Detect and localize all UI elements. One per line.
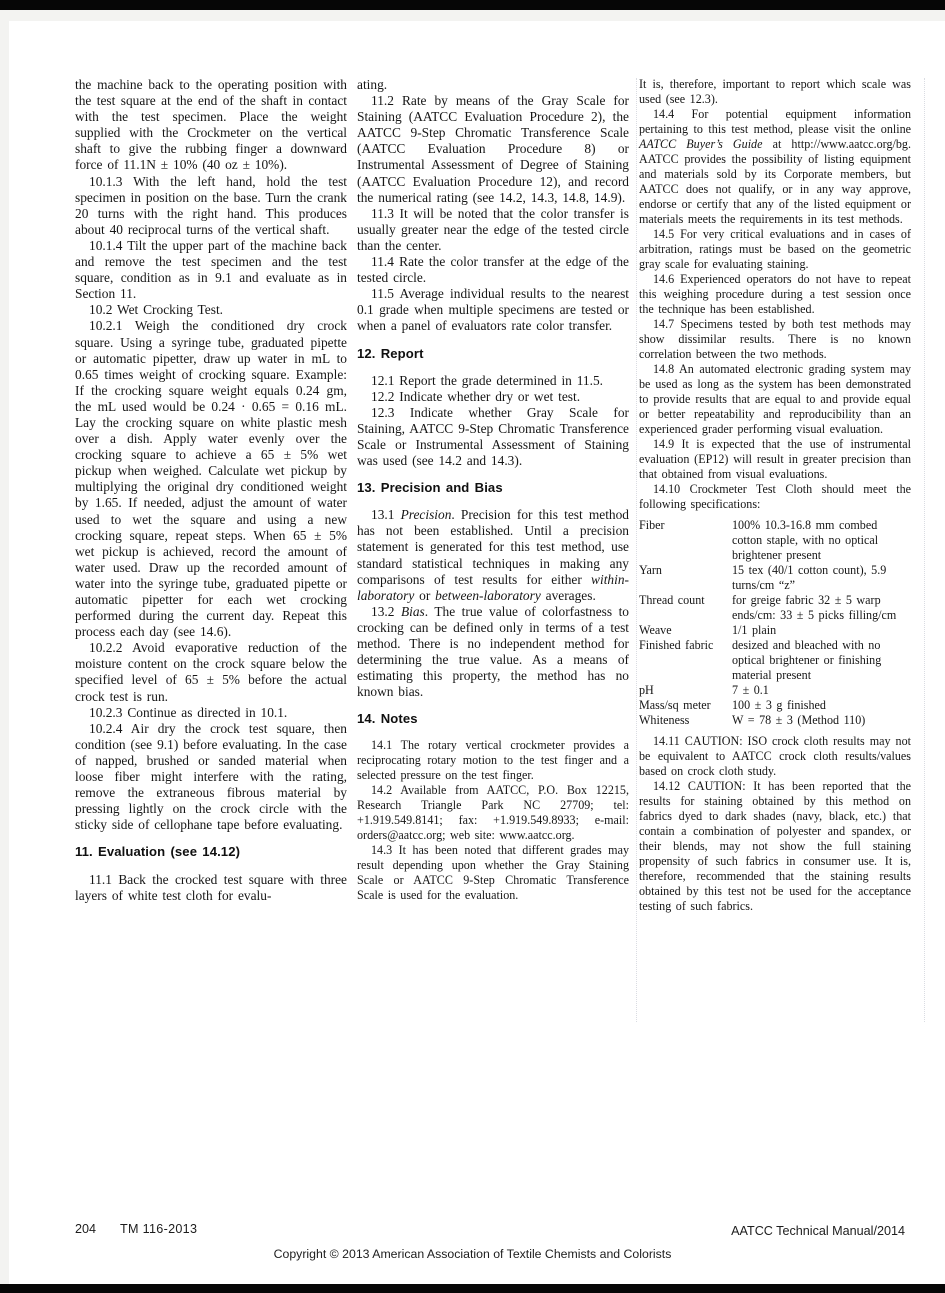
paragraph: the machine back to the operating positi… [75, 77, 347, 174]
text-run: 10.2.4 Air dry the crock test square, th… [75, 721, 347, 833]
text-run: 10.1.3 With the left hand, hold the test… [75, 174, 347, 237]
text-run: AATCC Buyer’s Guide [639, 137, 762, 151]
text-run: the machine back to the operating positi… [75, 77, 347, 172]
text-run: 14.7 Specimens tested by both test metho… [639, 317, 911, 361]
text-column-right: It is, therefore, important to report wh… [639, 77, 911, 914]
paragraph: 11.5 Average individual results to the n… [357, 286, 629, 334]
spec-label: Whiteness [639, 713, 732, 728]
document-page: the machine back to the operating positi… [9, 21, 945, 1284]
scan-edge-bar-bottom [0, 1284, 945, 1293]
spec-table: Fiber100% 10.3-16.8 mm combed cotton sta… [639, 518, 911, 728]
text-run: 14.2 Available from AATCC, P.O. Box 1221… [357, 783, 629, 842]
text-run: 14.12 CAUTION: It has been reported that… [639, 779, 911, 913]
text-run: 13.1 [371, 507, 401, 522]
footer-manual-title: AATCC Technical Manual/2014 [731, 1224, 905, 1238]
paragraph: 14.8 An automated electronic grading sys… [639, 362, 911, 437]
text-run: 14.11 CAUTION: ISO crock cloth results m… [639, 734, 911, 778]
paragraph: 14.5 For very critical evaluations and i… [639, 227, 911, 272]
text-run: Precision [401, 507, 452, 522]
text-run: 11.2 Rate by means of the Gray Scale for… [357, 93, 629, 205]
text-run: 14.4 For potential equipment information… [639, 107, 911, 136]
paragraph: It is, therefore, important to report wh… [639, 77, 911, 107]
paragraph: 11.1 Back the crocked test square with t… [75, 872, 347, 904]
paragraph: 10.2.2 Avoid evaporative reduction of th… [75, 640, 347, 704]
text-run: 14.6 Experienced operators do not have t… [639, 272, 911, 316]
paragraph: 10.2.4 Air dry the crock test square, th… [75, 721, 347, 834]
text-run: Bias [401, 604, 425, 619]
paragraph: 14.9 It is expected that the use of inst… [639, 437, 911, 482]
paragraph: 10.1.4 Tilt the upper part of the machin… [75, 238, 347, 302]
footer-copyright: Copyright © 2013 American Association of… [0, 1247, 945, 1261]
text-run: 14.5 For very critical evaluations and i… [639, 227, 911, 271]
text-run: 14.10 Crockmeter Test Cloth should meet … [639, 482, 911, 511]
paragraph: 14.1 The rotary vertical crockmeter prov… [357, 738, 629, 783]
spec-value: desized and bleached with no optical bri… [732, 638, 911, 683]
text-run: 14.8 An automated electronic grading sys… [639, 362, 911, 436]
paragraph: ating. [357, 77, 629, 93]
paragraph: 12.1 Report the grade determined in 11.5… [357, 373, 629, 389]
text-run: 10.1.4 Tilt the upper part of the machin… [75, 238, 347, 301]
paragraph: 10.1.3 With the left hand, hold the test… [75, 174, 347, 238]
paragraph: 11.2 Rate by means of the Gray Scale for… [357, 93, 629, 206]
footer-doc-id: TM 116-2013 [120, 1222, 197, 1236]
text-run: 11.3 It will be noted that the color tra… [357, 206, 629, 253]
spec-value: 1/1 plain [732, 623, 911, 638]
spec-label: Weave [639, 623, 732, 638]
text-run: 11.4 Rate the color transfer at the edge… [357, 254, 629, 285]
scanned-document: { "page": { "footer": { "page_number": "… [0, 0, 945, 1293]
spec-value: W = 78 ± 3 (Method 110) [732, 713, 911, 728]
spec-row: Weave1/1 plain [639, 623, 911, 638]
spec-value: 100% 10.3-16.8 mm combed cotton staple, … [732, 518, 911, 563]
paragraph: 10.2.1 Weigh the conditioned dry crock s… [75, 318, 347, 640]
spec-value: 100 ± 3 g finished [732, 698, 911, 713]
page-edge-separator-dotted [924, 78, 925, 1022]
spec-row: Mass/sq meter100 ± 3 g finished [639, 698, 911, 713]
text-run: ating. [357, 77, 387, 92]
text-run: 10.2.1 Weigh the conditioned dry crock s… [75, 318, 347, 639]
spec-row: Finished fabricdesized and bleached with… [639, 638, 911, 683]
text-run: 14.3 It has been noted that different gr… [357, 843, 629, 902]
paragraph: 14.11 CAUTION: ISO crock cloth results m… [639, 734, 911, 779]
text-run: 11.5 Average individual results to the n… [357, 286, 629, 333]
text-run: 12.3 Indicate whether Gray Scale for Sta… [357, 405, 629, 468]
paragraph: 11.4 Rate the color transfer at the edge… [357, 254, 629, 286]
text-column-middle: ating.11.2 Rate by means of the Gray Sca… [357, 77, 629, 914]
spec-label: Finished fabric [639, 638, 732, 683]
spec-value: 7 ± 0.1 [732, 683, 911, 698]
text-run: 10.2.3 Continue as directed in 10.1. [89, 705, 287, 720]
text-run: 10.2.2 Avoid evaporative reduction of th… [75, 640, 347, 703]
section-heading: 13. Precision and Bias [357, 480, 629, 496]
paragraph: 14.12 CAUTION: It has been reported that… [639, 779, 911, 914]
section-heading: 12. Report [357, 346, 629, 362]
paragraph: 14.3 It has been noted that different gr… [357, 843, 629, 903]
text-run: or [414, 588, 435, 603]
page-footer: 204TM 116-2013 AATCC Technical Manual/20… [75, 1222, 911, 1236]
text-run: 12.1 Report the grade determined in 11.5… [371, 373, 603, 388]
spec-row: Fiber100% 10.3-16.8 mm combed cotton sta… [639, 518, 911, 563]
paragraph: 10.2 Wet Crocking Test. [75, 302, 347, 318]
paragraph: 13.2 Bias. The true value of colorfastne… [357, 604, 629, 701]
section-heading: 11. Evaluation (see 14.12) [75, 844, 347, 860]
paragraph: 13.1 Precision. Precision for this test … [357, 507, 629, 604]
spec-value: for greige fabric 32 ± 5 warp ends/cm: 3… [732, 593, 911, 623]
spec-label: Thread count [639, 593, 732, 623]
text-column-left: the machine back to the operating positi… [75, 77, 347, 914]
text-run: between-laboratory [435, 588, 541, 603]
paragraph: 14.4 For potential equipment information… [639, 107, 911, 227]
spec-row: WhitenessW = 78 ± 3 (Method 110) [639, 713, 911, 728]
paragraph: 14.7 Specimens tested by both test metho… [639, 317, 911, 362]
spec-label: Fiber [639, 518, 732, 563]
text-columns: the machine back to the operating positi… [75, 77, 911, 914]
paragraph: 14.10 Crockmeter Test Cloth should meet … [639, 482, 911, 512]
spec-label: pH [639, 683, 732, 698]
paragraph: 12.3 Indicate whether Gray Scale for Sta… [357, 405, 629, 469]
paragraph: 10.2.3 Continue as directed in 10.1. [75, 705, 347, 721]
text-run: 12.2 Indicate whether dry or wet test. [371, 389, 580, 404]
footer-page-number: 204 [75, 1222, 96, 1236]
paragraph: 12.2 Indicate whether dry or wet test. [357, 389, 629, 405]
spec-row: pH7 ± 0.1 [639, 683, 911, 698]
text-run: It is, therefore, important to report wh… [639, 77, 911, 106]
spec-value: 15 tex (40/1 cotton count), 5.9 turns/cm… [732, 563, 911, 593]
spec-row: Yarn15 tex (40/1 cotton count), 5.9 turn… [639, 563, 911, 593]
scan-edge-bar-top [0, 0, 945, 10]
paragraph: 14.6 Experienced operators do not have t… [639, 272, 911, 317]
spec-label: Mass/sq meter [639, 698, 732, 713]
text-run: 14.1 The rotary vertical crockmeter prov… [357, 738, 629, 782]
text-run: 11.1 Back the crocked test square with t… [75, 872, 347, 903]
text-run: 10.2 Wet Crocking Test. [89, 302, 223, 317]
column-separator-dotted [636, 78, 637, 1022]
text-run: averages. [541, 588, 596, 603]
text-run: 14.9 It is expected that the use of inst… [639, 437, 911, 481]
paragraph: 11.3 It will be noted that the color tra… [357, 206, 629, 254]
paragraph: 14.2 Available from AATCC, P.O. Box 1221… [357, 783, 629, 843]
section-heading: 14. Notes [357, 711, 629, 727]
spec-row: Thread countfor greige fabric 32 ± 5 war… [639, 593, 911, 623]
text-run: 13.2 [371, 604, 401, 619]
spec-label: Yarn [639, 563, 732, 593]
